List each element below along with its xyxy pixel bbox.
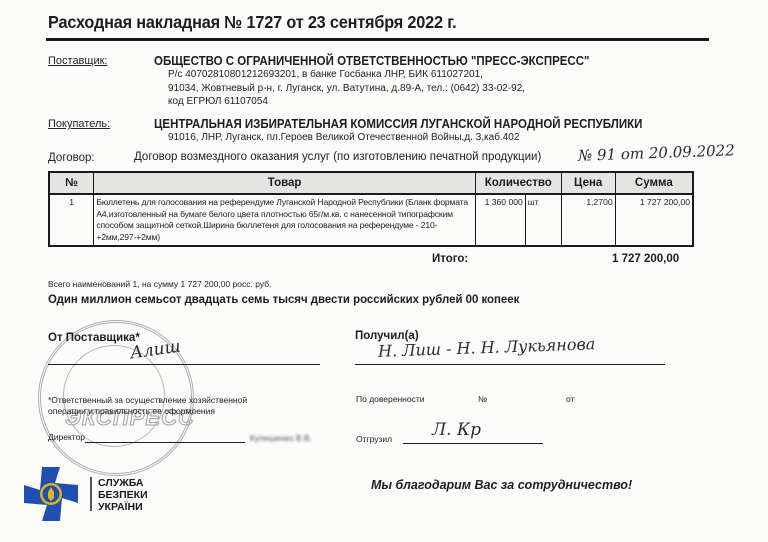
shipped-signature-line bbox=[403, 443, 543, 444]
contract-text: Договор возмездного оказания услуг (по и… bbox=[134, 151, 541, 163]
power-of-attorney-date-label: от bbox=[566, 394, 574, 404]
header-sum: Сумма bbox=[615, 172, 693, 194]
goods-table: № Товар Количество Цена Сумма 1 Бюллетен… bbox=[48, 171, 694, 247]
supplier-details: Р/с 40702810801212693201, в банке Госбан… bbox=[168, 68, 525, 109]
sbu-line-1: СЛУЖБА bbox=[98, 477, 148, 489]
title-divider bbox=[46, 38, 709, 41]
buyer-name: ЦЕНТРАЛЬНАЯ ИЗБИРАТЕЛЬНАЯ КОМИССИЯ ЛУГАН… bbox=[154, 117, 642, 131]
responsible-note-2: операции и правильность ее оформления bbox=[48, 406, 215, 416]
thanks-message: Мы благодарим Вас за сотрудничество! bbox=[371, 478, 632, 492]
row-price: 1,2700 bbox=[561, 194, 615, 246]
header-quantity: Количество bbox=[475, 172, 561, 194]
director-signature-line bbox=[85, 442, 245, 443]
shipped-signature: Л. Кр bbox=[432, 420, 481, 440]
table-row: 1 Бюллетень для голосования на референду… bbox=[49, 194, 693, 246]
total-label: Итого: bbox=[432, 253, 468, 265]
shipped-label: Отгрузил bbox=[356, 434, 392, 444]
header-item: Товар bbox=[94, 172, 476, 194]
power-of-attorney-number-label: № bbox=[478, 394, 487, 404]
total-in-words: Один миллион семьсот двадцать семь тысяч… bbox=[48, 292, 519, 306]
supplier-bank-line: Р/с 40702810801212693201, в банке Госбан… bbox=[168, 68, 525, 82]
total-count-line: Всего наименований 1, на сумму 1 727 200… bbox=[48, 279, 271, 289]
responsible-note-1: *Ответственный за осуществление хозяйств… bbox=[48, 395, 247, 405]
supplier-code-line: код ЕГРЮЛ 61107054 bbox=[168, 95, 525, 109]
total-value: 1 727 200,00 bbox=[612, 253, 679, 265]
sbu-wordmark: СЛУЖБА БЕЗПЕКИ УКРАЇНИ bbox=[98, 477, 148, 513]
from-supplier-heading: От Поставщика* bbox=[48, 332, 140, 344]
supplier-label: Поставщик: bbox=[48, 55, 107, 67]
sbu-line-2: БЕЗПЕКИ bbox=[98, 489, 148, 501]
sbu-emblem-icon bbox=[22, 465, 80, 523]
received-signature-line bbox=[355, 364, 665, 365]
director-label: Директор bbox=[48, 432, 85, 442]
table-header-row: № Товар Количество Цена Сумма bbox=[49, 172, 693, 194]
buyer-address: 91016, ЛНР, Луганск, пл.Героев Великой О… bbox=[168, 131, 519, 145]
header-number: № bbox=[49, 172, 94, 194]
document-title: Расходная накладная № 1727 от 23 сентябр… bbox=[48, 12, 457, 33]
row-sum: 1 727 200,00 bbox=[615, 194, 693, 246]
buyer-label: Покупатель: bbox=[48, 118, 110, 130]
row-number: 1 bbox=[49, 194, 94, 246]
row-item: Бюллетень для голосования на референдуме… bbox=[94, 194, 476, 246]
sbu-divider bbox=[90, 477, 92, 511]
supplier-address-line: 91034, Жовтневый р-н, г. Луганск, ул. Ва… bbox=[168, 82, 525, 96]
contract-handwritten-number: № 91 от 20.09.2022 bbox=[578, 141, 735, 164]
contract-label: Договор: bbox=[48, 152, 95, 164]
supplier-name: ОБЩЕСТВО С ОГРАНИЧЕННОЙ ОТВЕТСТВЕННОСТЬЮ… bbox=[154, 54, 590, 68]
sbu-line-3: УКРАЇНИ bbox=[98, 501, 148, 513]
director-name: Кулешенко В.В. bbox=[250, 433, 312, 443]
row-unit: шт bbox=[525, 194, 561, 246]
row-quantity: 1 360 000 bbox=[475, 194, 525, 246]
power-of-attorney-label: По доверенности bbox=[356, 394, 425, 404]
header-price: Цена bbox=[561, 172, 615, 194]
supplier-signature-line bbox=[48, 364, 320, 365]
